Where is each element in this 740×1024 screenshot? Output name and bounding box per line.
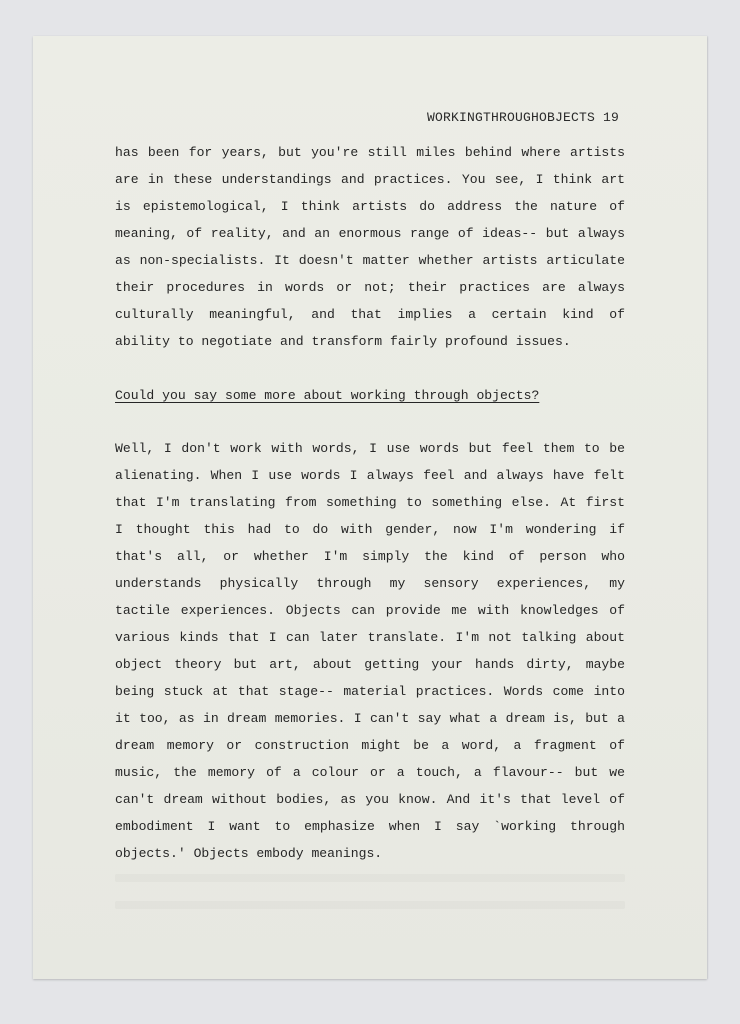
paragraph-1: has been for years, but you're still mil… xyxy=(115,139,625,355)
text-line: as non-specialists. It doesn't matter wh… xyxy=(115,247,625,274)
text-line: tactile experiences. Objects can provide… xyxy=(115,597,625,624)
bleed-through-text xyxy=(115,874,625,882)
text-line: are in these understandings and practice… xyxy=(115,166,625,193)
text-line: can't dream without bodies, as you know.… xyxy=(115,786,625,813)
text-line: understands physically through my sensor… xyxy=(115,570,625,597)
text-line: Well, I don't work with words, I use wor… xyxy=(115,435,625,462)
text-line: music, the memory of a colour or a touch… xyxy=(115,759,625,786)
text-line: that I'm translating from something to s… xyxy=(115,489,625,516)
question-heading: Could you say some more about working th… xyxy=(115,382,625,409)
text-line: objects.' Objects embody meanings. xyxy=(115,840,625,867)
paragraph-2: Well, I don't work with words, I use wor… xyxy=(115,435,625,867)
text-line: object theory but art, about getting you… xyxy=(115,651,625,678)
text-line: that's all, or whether I'm simply the ki… xyxy=(115,543,625,570)
text-line: I thought this had to do with gender, no… xyxy=(115,516,625,543)
text-line: embodiment I want to emphasize when I sa… xyxy=(115,813,625,840)
text-line: meaning, of reality, and an enormous ran… xyxy=(115,220,625,247)
text-line: is epistemological, I think artists do a… xyxy=(115,193,625,220)
text-line: alienating. When I use words I always fe… xyxy=(115,462,625,489)
text-line: various kinds that I can later translate… xyxy=(115,624,625,651)
text-line: being stuck at that stage-- material pra… xyxy=(115,678,625,705)
text-line: culturally meaningful, and that implies … xyxy=(115,301,625,328)
paper-page: WORKINGTHROUGHOBJECTS 19 has been for ye… xyxy=(33,36,707,979)
text-line: it too, as in dream memories. I can't sa… xyxy=(115,705,625,732)
running-head: WORKINGTHROUGHOBJECTS 19 xyxy=(427,110,619,125)
text-line: has been for years, but you're still mil… xyxy=(115,139,625,166)
text-line: dream memory or construction might be a … xyxy=(115,732,625,759)
bleed-through-text xyxy=(115,901,625,909)
text-line: ability to negotiate and transform fairl… xyxy=(115,328,625,355)
text-line: their procedures in words or not; their … xyxy=(115,274,625,301)
